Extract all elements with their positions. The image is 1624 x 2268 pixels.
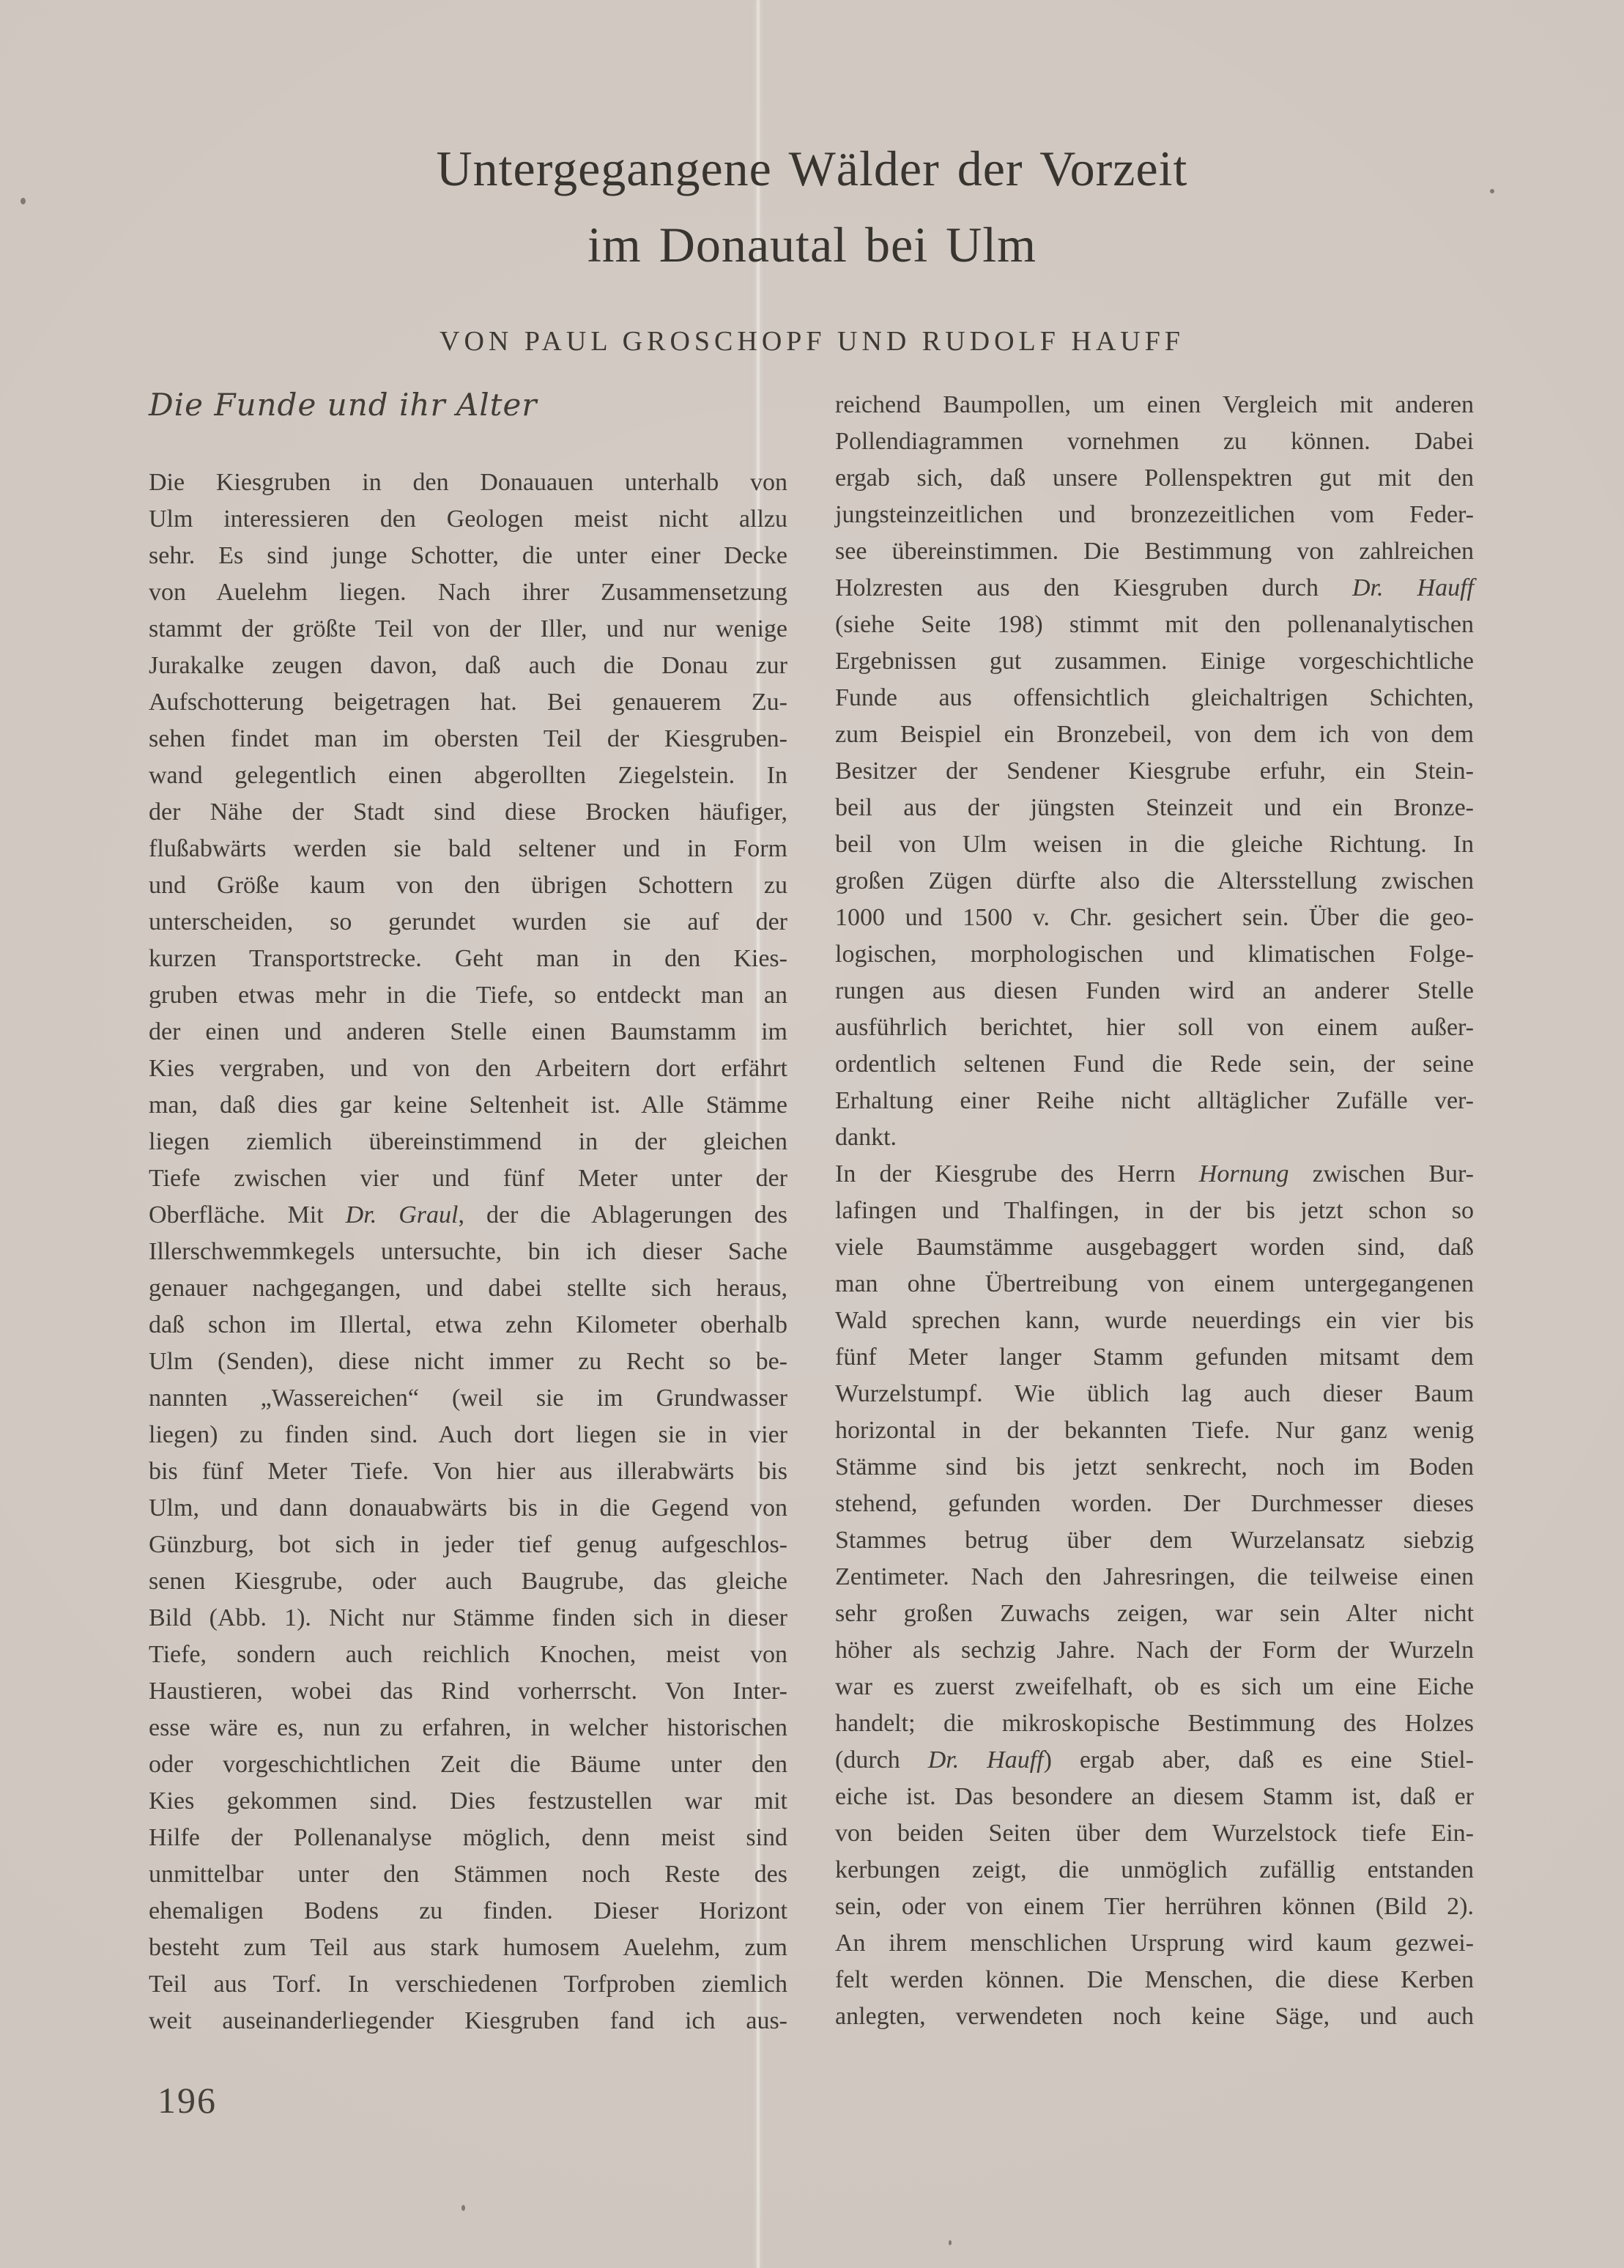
text-line: Zentimeter. Nach den Jahresringen, die t… [835,1559,1474,1596]
text-line: beil von Ulm weisen in die gleiche Richt… [835,826,1474,863]
text-line: ehemaligen Bodens zu finden. Dieser Hori… [149,1893,787,1930]
text-line: unterscheiden, so gerundet wurden sie au… [149,904,787,941]
text-line: stehend, gefunden worden. Der Durchmesse… [835,1486,1474,1522]
text-line: flußabwärts werden sie bald seltener und… [149,831,787,867]
text-line: liegen) zu finden sind. Auch dort liegen… [149,1417,787,1453]
text-line: An ihrem menschlichen Ursprung wird kaum… [835,1925,1474,1962]
text-line: war es zuerst zweifelhaft, ob es sich um… [835,1669,1474,1705]
text-line: Wald sprechen kann, wurde neuerdings ein… [835,1302,1474,1339]
text-line: anlegten, verwendeten noch keine Säge, u… [835,1998,1474,2035]
text-line: Stammes betrug über dem Wurzelansatz sie… [835,1522,1474,1559]
text-line: Illerschwemmkegels untersuchte, bin ich … [149,1234,787,1270]
text-line: esse wäre es, nun zu erfahren, in welche… [149,1710,787,1746]
article-byline: VON PAUL GROSCHOPF UND RUDOLF HAUFF [0,325,1624,357]
text-line: ergab sich, daß unsere Pollenspektren gu… [835,460,1474,497]
left-column-lines: Die Kiesgruben in den Donauauen unterhal… [149,464,787,2039]
text-line: weit auseinanderliegender Kiesgruben fan… [149,2003,787,2039]
text-line: der einen und anderen Stelle einen Baums… [149,1014,787,1050]
text-line: Stämme sind bis jetzt senkrecht, noch im… [835,1449,1474,1486]
scanned-page: Untergegangene Wälder der Vorzeit im Don… [0,0,1624,2268]
text-line: ordentlich seltenen Fund die Rede sein, … [835,1046,1474,1083]
text-line: Ergebnissen gut zusammen. Einige vorgesc… [835,643,1474,680]
text-line: lafingen und Thalfingen, in der bis jetz… [835,1193,1474,1229]
text-line: wand gelegentlich einen abgerollten Zieg… [149,757,787,794]
text-line: Hilfe der Pollenanalyse möglich, denn me… [149,1820,787,1856]
text-line: reichend Baumpollen, um einen Vergleich … [835,387,1474,423]
text-line: bis fünf Meter Tiefe. Von hier aus iller… [149,1453,787,1490]
text-line: daß schon im Illertal, etwa zehn Kilomet… [149,1307,787,1344]
text-line: Die Kiesgruben in den Donauauen unterhal… [149,464,787,501]
text-line: Teil aus Torf. In verschiedenen Torfprob… [149,1966,787,2003]
text-line: Aufschotterung beigetragen hat. Bei gena… [149,684,787,721]
text-line: sehr. Es sind junge Schotter, die unter … [149,538,787,574]
text-line: sehen findet man im obersten Teil der Ki… [149,721,787,757]
text-line: großen Zügen dürfte also die Altersstell… [835,863,1474,900]
text-line: besteht zum Teil aus stark humosem Auele… [149,1930,787,1966]
text-line: ausführlich berichtet, hier soll von ein… [835,1009,1474,1046]
text-line: genauer nachgegangen, und dabei stellte … [149,1270,787,1307]
text-line: eiche ist. Das besondere an diesem Stamm… [835,1779,1474,1815]
text-line: liegen ziemlich übereinstimmend in der g… [149,1124,787,1160]
text-line: sein, oder von einem Tier herrühren könn… [835,1889,1474,1925]
text-line: Besitzer der Sendener Kiesgrube erfuhr, … [835,753,1474,790]
text-line: (siehe Seite 198) stimmt mit den pollena… [835,607,1474,643]
text-line: felt werden können. Die Menschen, die di… [835,1962,1474,1998]
text-line: und Größe kaum von den übrigen Schottern… [149,867,787,904]
text-line: In der Kiesgrube des Herrn Hornung zwisc… [835,1156,1474,1193]
paper-speck [461,2205,465,2211]
text-line: beil aus der jüngsten Steinzeit und ein … [835,790,1474,826]
text-line: man, daß dies gar keine Seltenheit ist. … [149,1087,787,1124]
text-line: Bild (Abb. 1). Nicht nur Stämme finden s… [149,1600,787,1637]
text-line: Jurakalke zeugen davon, daß auch die Don… [149,648,787,684]
text-line: oder vorgeschichtlichen Zeit die Bäume u… [149,1746,787,1783]
left-column: Die Funde und ihr Alter Die Kiesgruben i… [149,387,787,2039]
article-title-line-2: im Donautal bei Ulm [0,220,1624,270]
text-line: Günzburg, bot sich in jeder tief genug a… [149,1527,787,1563]
text-line: Tiefe, sondern auch reichlich Knochen, m… [149,1637,787,1673]
article-title-line-1: Untergegangene Wälder der Vorzeit [0,144,1624,193]
text-line: Ulm interessieren den Geologen meist nic… [149,501,787,538]
text-line: see übereinstimmen. Die Bestimmung von z… [835,533,1474,570]
paper-speck [949,2240,952,2245]
text-line: Pollendiagrammen vornehmen zu können. Da… [835,423,1474,460]
text-line: Haustieren, wobei das Rind vorherrscht. … [149,1673,787,1710]
right-column: reichend Baumpollen, um einen Vergleich … [835,387,1474,2035]
text-line: viele Baumstämme ausgebaggert worden sin… [835,1229,1474,1266]
text-line: gruben etwas mehr in die Tiefe, so entde… [149,977,787,1014]
text-line: stammt der größte Teil von der Iller, un… [149,611,787,648]
text-line: nannten „Wassereichen“ (weil sie im Grun… [149,1380,787,1417]
text-line: fünf Meter langer Stamm gefunden mitsamt… [835,1339,1474,1376]
text-line: zum Beispiel ein Bronzebeil, von dem ich… [835,716,1474,753]
text-line: (durch Dr. Hauff) ergab aber, daß es ein… [835,1742,1474,1779]
right-column-lines: reichend Baumpollen, um einen Vergleich … [835,387,1474,2035]
page-number: 196 [157,2079,217,2121]
text-line: rungen aus diesen Funden wird an anderer… [835,973,1474,1009]
text-line: senen Kiesgrube, oder auch Baugrube, das… [149,1563,787,1600]
text-line: handelt; die mikroskopische Bestimmung d… [835,1705,1474,1742]
text-line: sehr großen Zuwachs zeigen, war sein Alt… [835,1596,1474,1632]
text-line: Erhaltung einer Reihe nicht alltäglicher… [835,1083,1474,1119]
text-line: Oberfläche. Mit Dr. Graul, der die Ablag… [149,1197,787,1234]
paper-speck [21,198,26,204]
text-line: man ohne Übertreibung von einem untergeg… [835,1266,1474,1302]
text-line: jungsteinzeitlichen und bronzezeitlichen… [835,497,1474,533]
text-line: der Nähe der Stadt sind diese Brocken hä… [149,794,787,831]
text-line: 1000 und 1500 v. Chr. gesichert sein. Üb… [835,900,1474,936]
text-line: Funde aus offensichtlich gleichaltrigen … [835,680,1474,716]
text-line: horizontal in der bekannten Tiefe. Nur g… [835,1412,1474,1449]
text-line: Holzresten aus den Kiesgruben durch Dr. … [835,570,1474,607]
section-heading: Die Funde und ihr Alter [149,387,787,423]
text-line: unmittelbar unter den Stämmen noch Reste… [149,1856,787,1893]
text-line: kurzen Transportstrecke. Geht man in den… [149,941,787,977]
text-line: Kies gekommen sind. Dies festzustellen w… [149,1783,787,1820]
text-line: höher als sechzig Jahre. Nach der Form d… [835,1632,1474,1669]
text-line: von beiden Seiten über dem Wurzelstock t… [835,1815,1474,1852]
text-line: logischen, morphologischen und klimatisc… [835,936,1474,973]
text-line: Tiefe zwischen vier und fünf Meter unter… [149,1160,787,1197]
text-line: Ulm, und dann donauabwärts bis in die Ge… [149,1490,787,1527]
text-line: Wurzelstumpf. Wie üblich lag auch dieser… [835,1376,1474,1412]
text-line: Ulm (Senden), diese nicht immer zu Recht… [149,1344,787,1380]
text-line: dankt. [835,1119,1474,1156]
text-line: kerbungen zeigt, die unmöglich zufällig … [835,1852,1474,1889]
text-line: von Auelehm liegen. Nach ihrer Zusammens… [149,574,787,611]
text-line: Kies vergraben, und von den Arbeitern do… [149,1050,787,1087]
